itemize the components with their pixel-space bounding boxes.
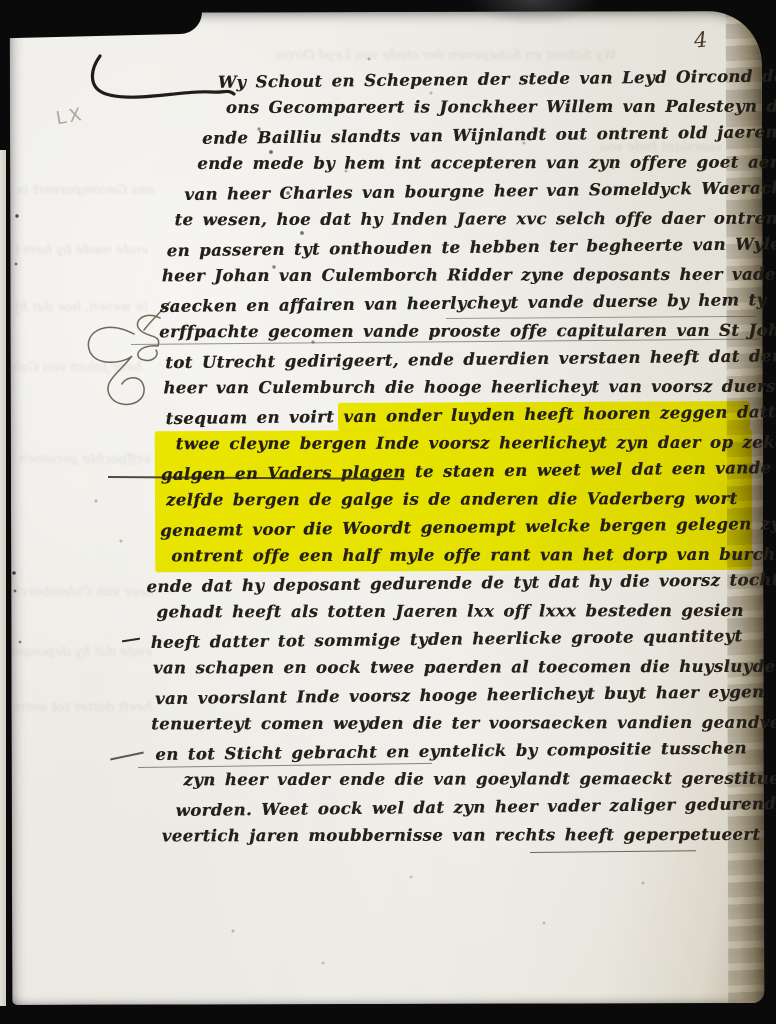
manuscript-line: veertich jaren moubbernisse van rechts h…	[162, 825, 761, 846]
manuscript-line: erffpachte gecomen vande prooste offe ca…	[159, 321, 776, 342]
manuscript-line: zyn heer vader ende die van goeylandt ge…	[183, 769, 776, 790]
manuscript-line: ons Gecompareert is Jonckheer Willem van…	[226, 96, 776, 117]
manuscript-line-text: en passeren tyt onthouden te hebben ter …	[167, 234, 776, 260]
manuscript-line: ende mede by hem int accepteren van zyn …	[197, 152, 776, 173]
manuscript-line: en passeren tyt onthouden te hebben ter …	[167, 233, 776, 260]
manuscript-line: van heer Charles van bourgne heer van So…	[184, 178, 776, 204]
manuscript-line: zelfde bergen de galge is de anderen die…	[166, 489, 738, 509]
manuscript-line: Wy Schout en Schepenen der stede van Ley…	[218, 66, 776, 92]
manuscript-line: en tot Sticht gebracht en eyntelick by c…	[155, 738, 747, 764]
manuscript-line: gehadt heeft als totten Jaeren lxx off l…	[156, 601, 743, 622]
manuscript-text-block: Wy Schout en Schepenen der stede van Ley…	[0, 0, 776, 1024]
manuscript-line: te wesen, hoe dat hy Inden Jaere xvc sel…	[174, 208, 776, 229]
manuscript-line: heer van Culemburch die hooge heerlichey…	[163, 377, 776, 398]
manuscript-line: genaemt voor die Woordt genoempt welcke …	[160, 514, 776, 540]
manuscript-line: twee cleyne bergen Inde voorsz heerliche…	[176, 433, 776, 454]
manuscript-line: worden. Weet oock wel dat zyn heer vader…	[175, 794, 776, 820]
manuscript-line: saecken en affairen van heerlycheyt vand…	[160, 290, 767, 316]
manuscript-line: tsequam en voirt van onder luyden heeft …	[165, 402, 776, 428]
manuscript-line: heeft datter tot sommige tyden heerlicke…	[151, 626, 743, 652]
manuscript-scan: Wy Schout en Schepenen der stede van Ley…	[0, 0, 776, 1024]
manuscript-line: tenuerteyt comen weyden die ter voorsaec…	[151, 713, 776, 734]
manuscript-line: ontrent offe een half myle offe rant van…	[171, 545, 775, 566]
manuscript-line: tot Utrecht gedirigeert, ende duerdien v…	[165, 345, 776, 372]
manuscript-line: galgen en Vaders plagen te staen en weet…	[161, 458, 772, 484]
manuscript-line: ende dat hy deposant gedurende de tyt da…	[146, 570, 776, 596]
manuscript-line: heer Johan van Culemborch Ridder zyne de…	[162, 265, 776, 286]
manuscript-line: van voorslant Inde voorsz hooge heerlich…	[155, 682, 765, 708]
manuscript-line: van schapen en oock twee paerden al toec…	[153, 657, 776, 678]
manuscript-line: ende Bailliu slandts van Wijnlandt out o…	[202, 122, 776, 148]
